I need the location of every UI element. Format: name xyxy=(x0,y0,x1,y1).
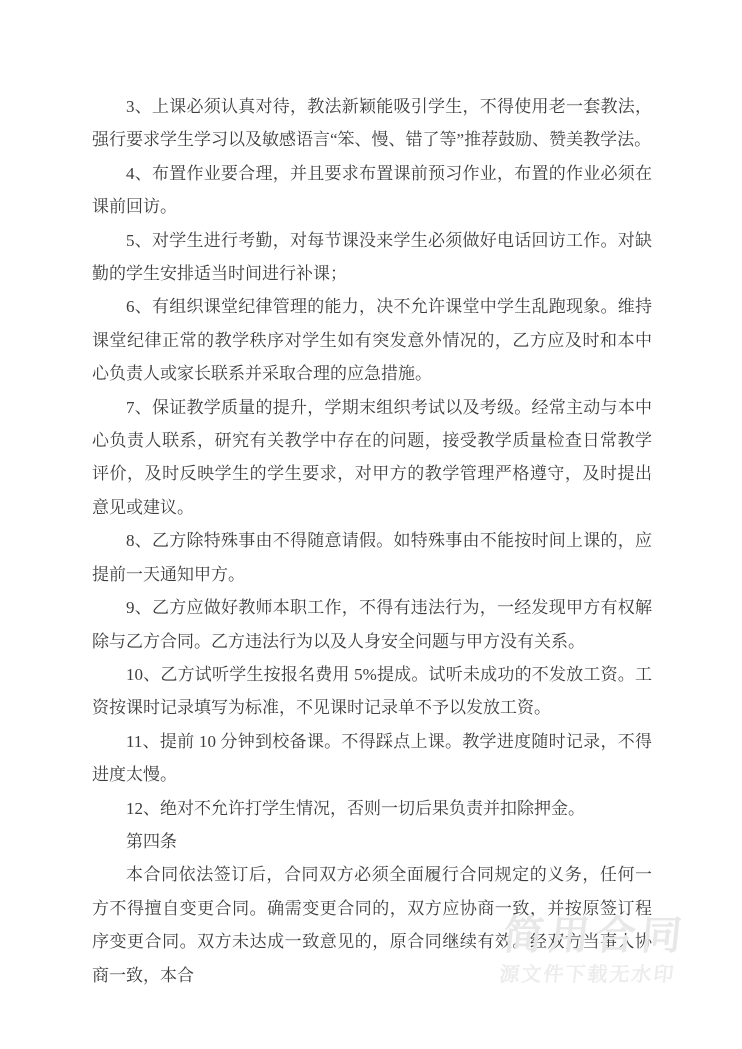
clause-paragraph-6: 6、有组织课堂纪律管理的能力，决不允许课堂中学生乱跑现象。维持课堂纪律正常的教学… xyxy=(92,290,652,390)
contract-body: 3、上课必须认真对待，教法新颖能吸引学生，不得使用老一套教法，强行要求学生学习以… xyxy=(92,90,652,992)
clause-paragraph-10: 10、乙方试听学生按报名费用 5%提成。试听未成功的不发放工资。工资按课时记录填… xyxy=(92,658,652,725)
document-page: 3、上课必须认真对待，教法新颖能吸引学生，不得使用老一套教法，强行要求学生学习以… xyxy=(0,0,742,1049)
clause-paragraph-8: 8、乙方除特殊事由不得随意请假。如特殊事由不能按时间上课的，应提前一天通知甲方。 xyxy=(92,524,652,591)
clause-paragraph-11: 11、提前 10 分钟到校备课。不得踩点上课。教学进度随时记录，不得进度太慢。 xyxy=(92,725,652,792)
clause-paragraph-7: 7、保证教学质量的提升，学期末组织考试以及考级。经常主动与本中心负责人联系，研究… xyxy=(92,391,652,525)
clause-paragraph-4: 4、布置作业要合理，并且要求布置课前预习作业，布置的作业必须在课前回访。 xyxy=(92,157,652,224)
clause-paragraph-5: 5、对学生进行考勤，对每节课没来学生必须做好电话回访工作。对缺勤的学生安排适当时… xyxy=(92,224,652,291)
closing-paragraph: 本合同依法签订后，合同双方必须全面履行合同规定的义务，任何一方不得擅自变更合同。… xyxy=(92,858,652,992)
section-heading: 第四条 xyxy=(92,825,652,858)
clause-paragraph-12: 12、绝对不允许打学生情况，否则一切后果负责并扣除押金。 xyxy=(92,792,652,825)
clause-paragraph-9: 9、乙方应做好教师本职工作，不得有违法行为，一经发现甲方有权解除与乙方合同。乙方… xyxy=(92,591,652,658)
clause-paragraph-3: 3、上课必须认真对待，教法新颖能吸引学生，不得使用老一套教法，强行要求学生学习以… xyxy=(92,90,652,157)
